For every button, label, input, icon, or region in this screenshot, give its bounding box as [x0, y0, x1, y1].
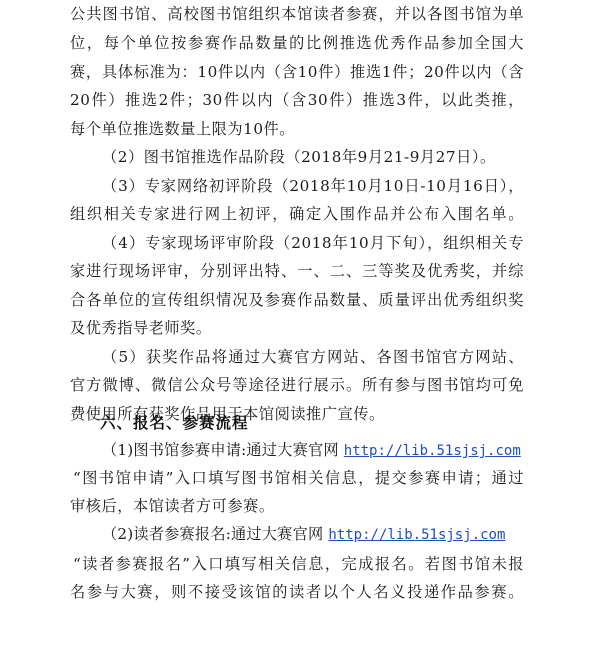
paragraph-line: 赛，具体标准为：10件以内（含10件）推选1件；20件以内（含 [70, 61, 524, 83]
stage-3-line: 组织相关专家进行网上初评，确定入围作品并公布入围名单。 [70, 203, 524, 225]
stage-5-line: （5）获奖作品将通过大赛官方网站、各图书馆官方网站、 [102, 346, 524, 368]
stage-4-line: 家进行现场评审，分别评出特、一、二、三等奖及优秀奖，并综 [70, 260, 524, 282]
paragraph-line: 每个单位推选数量上限为10件。 [70, 118, 524, 140]
stage-4-line: 及优秀指导老师奖。 [70, 317, 524, 339]
stage-2-line: （2）图书馆推选作品阶段（2018年9月21-9月27日）。 [102, 146, 524, 168]
step-1-prefix: （1)图书馆参赛申请:通过大赛官网 [102, 441, 339, 459]
step-1-line: （1)图书馆参赛申请:通过大赛官网 http://lib.51sjsj.com [102, 439, 524, 461]
step-1-line: “图书馆申请”入口填写图书馆相关信息，提交参赛申请；通过 [73, 467, 524, 489]
stage-4-line: 合各单位的宣传组织情况及参赛作品数量、质量评出优秀组织奖 [70, 289, 524, 311]
step-2-line: （2)读者参赛报名:通过大赛官网 http://lib.51sjsj.com [102, 523, 524, 545]
step-2-line: 名参与大赛，则不接受该馆的读者以个人名义投递作品参赛。 [70, 581, 524, 603]
stage-4-line: （4）专家现场评审阶段（2018年10月下旬），组织相关专 [102, 232, 524, 254]
paragraph-line: 公共图书馆、高校图书馆组织本馆读者参赛，并以各图书馆为单 [70, 3, 524, 25]
step-2-prefix: （2)读者参赛报名:通过大赛官网 [102, 525, 323, 543]
section-heading: 六、报名、参赛流程 [100, 412, 249, 434]
stage-3-line: （3）专家网络初评阶段（2018年10月10日-10月16日）， [102, 175, 524, 197]
step-2-line: “读者参赛报名”入口填写相关信息，完成报名。若图书馆未报 [73, 553, 524, 575]
official-site-link[interactable]: http://lib.51sjsj.com [328, 527, 505, 543]
stage-5-line: 官方微博、微信公众号等途径进行展示。所有参与图书馆均可免 [70, 374, 524, 396]
step-1-line: 审核后，本馆读者方可参赛。 [70, 495, 524, 517]
paragraph-line: 位，每个单位按参赛作品数量的比例推选优秀作品参加全国大 [70, 32, 524, 54]
paragraph-line: 20件）推选2件；30件以内（含30件）推选3件，以此类推， [70, 89, 524, 111]
official-site-link[interactable]: http://lib.51sjsj.com [344, 443, 521, 459]
